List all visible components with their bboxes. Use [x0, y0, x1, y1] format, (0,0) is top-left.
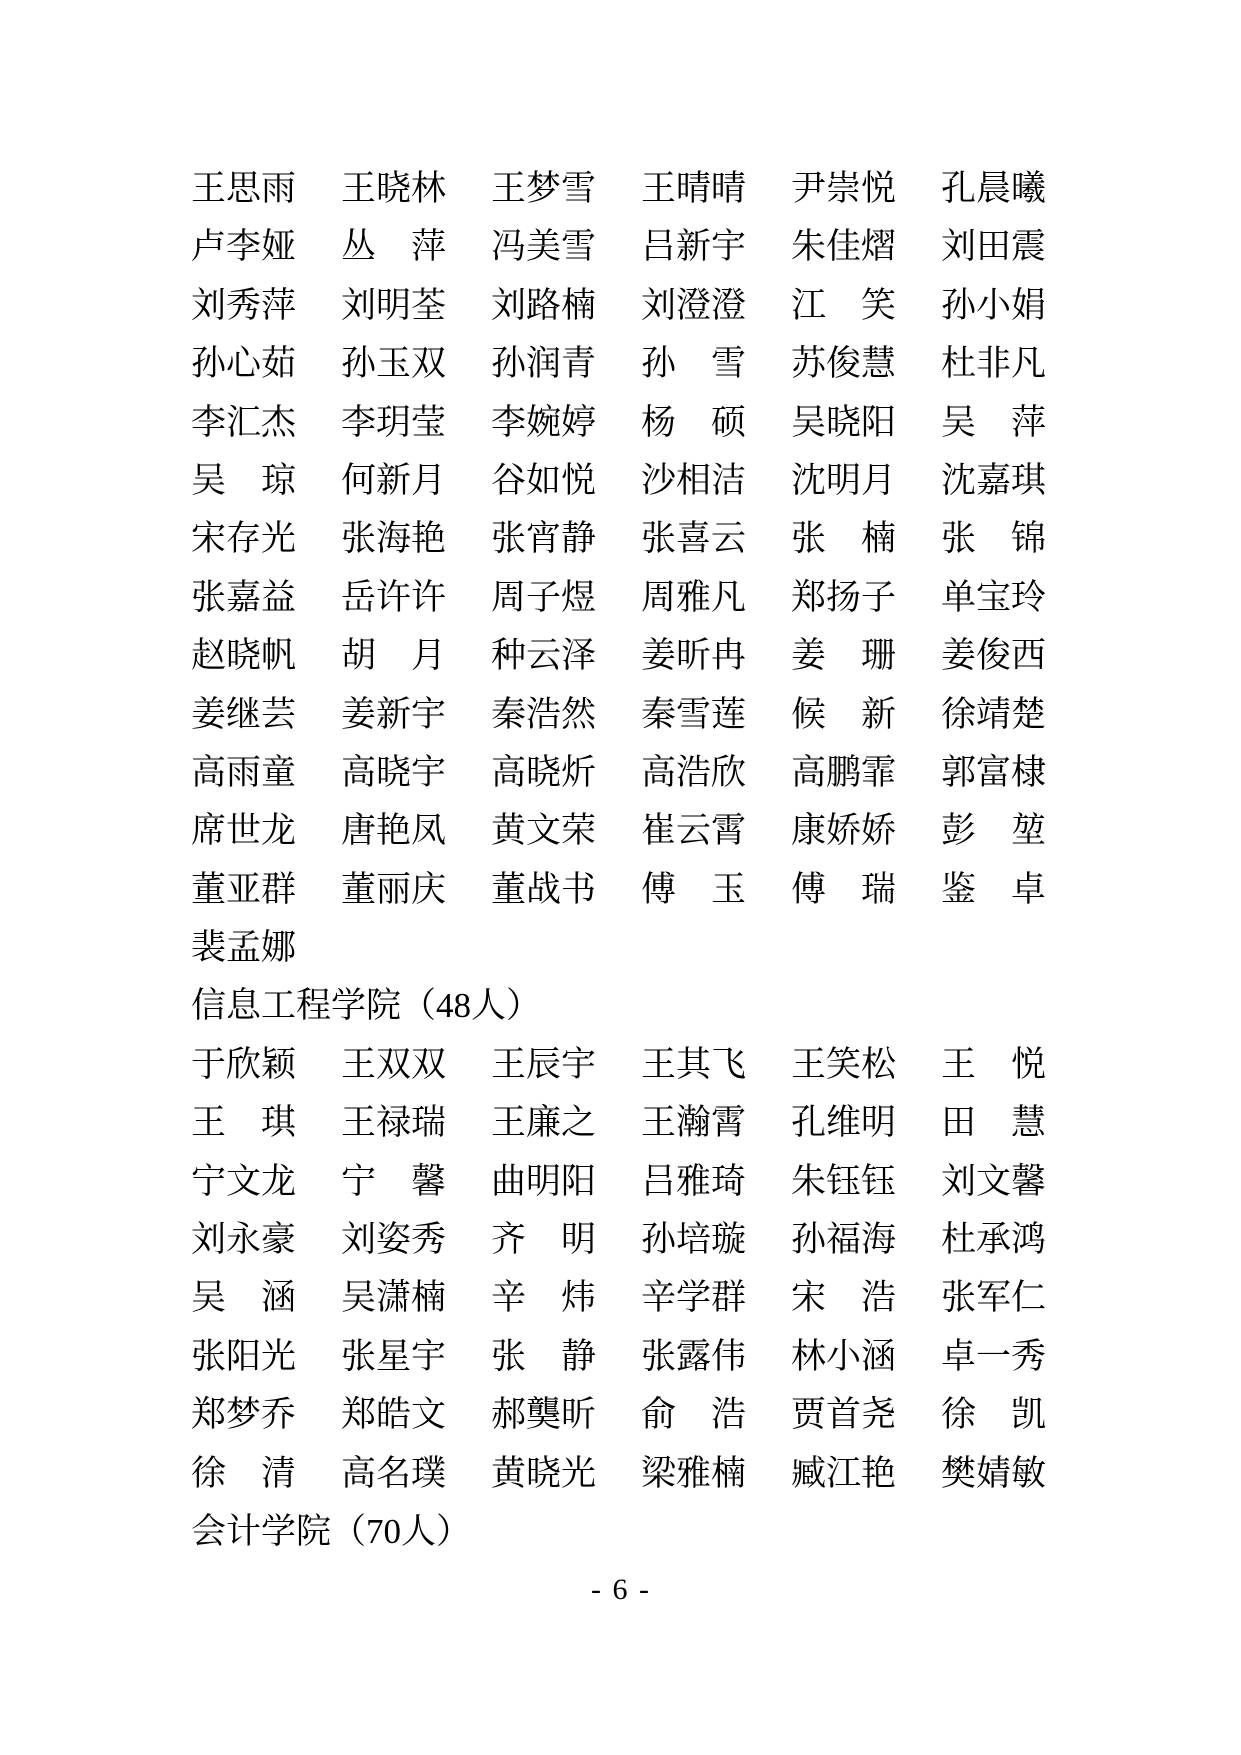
person-name: 张阳光 [191, 1328, 296, 1386]
person-name: 王双双 [341, 1036, 446, 1094]
person-name: 孙润青 [491, 335, 596, 393]
person-name: 刘田震 [941, 218, 1046, 276]
person-name: 郑皓文 [341, 1386, 446, 1444]
person-name: 尹崇悦 [791, 160, 896, 218]
name-list-section: 会计学院（70人） [191, 1503, 1051, 1561]
name-list-section: 王思雨王晓林王梦雪王晴晴尹崇悦孔晨曦卢李娅丛萍冯美雪吕新宇朱佳熠刘田震刘秀萍刘明… [191, 160, 1051, 977]
name-row: 姜继芸姜新宇秦浩然秦雪莲候新徐靖楚 [191, 686, 1051, 744]
section-heading: 信息工程学院（48人） [191, 977, 1051, 1035]
name-row: 刘永豪刘姿秀齐明孙培璇孙福海杜承鸿 [191, 1211, 1051, 1269]
person-name: 黄晓光 [491, 1445, 596, 1503]
name-row: 王琪王禄瑞王廉之王瀚霄孔维明田慧 [191, 1094, 1051, 1152]
person-name: 徐靖楚 [941, 686, 1046, 744]
name-row: 郑梦乔郑皓文郝龑昕俞浩贾首尧徐凯 [191, 1386, 1051, 1444]
name-row: 高雨童高晓宇高晓炘高浩欣高鹏霏郭富棣 [191, 744, 1051, 802]
person-name: 赵晓帆 [191, 627, 296, 685]
person-name: 臧江艳 [791, 1445, 896, 1503]
person-name: 杜非凡 [941, 335, 1046, 393]
person-name: 王梦雪 [491, 160, 596, 218]
name-row: 孙心茹孙玉双孙润青孙雪苏俊慧杜非凡 [191, 335, 1051, 393]
person-name: 冯美雪 [491, 218, 596, 276]
person-name: 王晴晴 [641, 160, 746, 218]
person-name: 王思雨 [191, 160, 296, 218]
person-name: 王辰宇 [491, 1036, 596, 1094]
section-heading: 会计学院（70人） [191, 1503, 1051, 1561]
name-row: 李汇杰李玥莹李婉婷杨硕吴晓阳吴萍 [191, 394, 1051, 452]
name-row: 王思雨王晓林王梦雪王晴晴尹崇悦孔晨曦 [191, 160, 1051, 218]
name-row: 张嘉益岳许许周子煜周雅凡郑扬子单宝玲 [191, 569, 1051, 627]
person-name: 齐明 [491, 1211, 596, 1269]
person-name: 王其飞 [641, 1036, 746, 1094]
person-name: 李婉婷 [491, 394, 596, 452]
person-name: 郑扬子 [791, 569, 896, 627]
person-name: 辛炜 [491, 1269, 596, 1327]
person-name: 郑梦乔 [191, 1386, 296, 1444]
person-name: 候新 [791, 686, 896, 744]
person-name: 谷如悦 [491, 452, 596, 510]
name-row: 宋存光张海艳张宵静张喜云张楠张锦 [191, 510, 1051, 568]
person-name: 裴孟娜 [191, 919, 296, 977]
name-row: 吴琼何新月谷如悦沙相洁沈明月沈嘉琪 [191, 452, 1051, 510]
person-name: 姜俊西 [941, 627, 1046, 685]
person-name: 高名璞 [341, 1445, 446, 1503]
person-name: 唐艳凤 [341, 802, 446, 860]
person-name: 孔维明 [791, 1094, 896, 1152]
person-name: 董丽庆 [341, 861, 446, 919]
person-name: 辛学群 [641, 1269, 746, 1327]
person-name: 吴萍 [941, 394, 1046, 452]
person-name: 李汇杰 [191, 394, 296, 452]
person-name: 丛萍 [341, 218, 446, 276]
person-name: 王笑松 [791, 1036, 896, 1094]
person-name: 郭富棣 [941, 744, 1046, 802]
name-row: 张阳光张星宇张静张露伟林小涵卓一秀 [191, 1328, 1051, 1386]
person-name: 杜承鸿 [941, 1211, 1046, 1269]
person-name: 王禄瑞 [341, 1094, 446, 1152]
person-name: 鉴卓 [941, 861, 1046, 919]
person-name: 刘路楠 [491, 277, 596, 335]
person-name: 吴琼 [191, 452, 296, 510]
person-name: 刘文馨 [941, 1153, 1046, 1211]
name-row: 于欣颖王双双王辰宇王其飞王笑松王悦 [191, 1036, 1051, 1094]
name-row: 徐清高名璞黄晓光梁雅楠臧江艳樊婧敏 [191, 1445, 1051, 1503]
name-row: 刘秀萍刘明荃刘路楠刘澄澄江笑孙小娟 [191, 277, 1051, 335]
person-name: 郝龑昕 [491, 1386, 596, 1444]
person-name: 孙心茹 [191, 335, 296, 393]
person-name: 吴潇楠 [341, 1269, 446, 1327]
person-name: 孙培璇 [641, 1211, 746, 1269]
person-name: 高晓宇 [341, 744, 446, 802]
person-name: 吕新宇 [641, 218, 746, 276]
person-name: 王廉之 [491, 1094, 596, 1152]
person-name: 梁雅楠 [641, 1445, 746, 1503]
person-name: 王琪 [191, 1094, 296, 1152]
name-row: 席世龙唐艳凤黄文荣崔云霄康娇娇彭堃 [191, 802, 1051, 860]
person-name: 卢李娅 [191, 218, 296, 276]
person-name: 樊婧敏 [941, 1445, 1046, 1503]
person-name: 张军仁 [941, 1269, 1046, 1327]
person-name: 沙相洁 [641, 452, 746, 510]
person-name: 张宵静 [491, 510, 596, 568]
person-name: 张楠 [791, 510, 896, 568]
person-name: 张锦 [941, 510, 1046, 568]
person-name: 姜昕冉 [641, 627, 746, 685]
person-name: 张海艳 [341, 510, 446, 568]
person-name: 刘澄澄 [641, 277, 746, 335]
person-name: 卓一秀 [941, 1328, 1046, 1386]
person-name: 康娇娇 [791, 802, 896, 860]
person-name: 傅瑞 [791, 861, 896, 919]
person-name: 沈嘉琪 [941, 452, 1046, 510]
person-name: 周雅凡 [641, 569, 746, 627]
person-name: 张露伟 [641, 1328, 746, 1386]
name-row: 卢李娅丛萍冯美雪吕新宇朱佳熠刘田震 [191, 218, 1051, 276]
person-name: 王瀚霄 [641, 1094, 746, 1152]
person-name: 吴晓阳 [791, 394, 896, 452]
person-name: 高晓炘 [491, 744, 596, 802]
person-name: 姜继芸 [191, 686, 296, 744]
person-name: 李玥莹 [341, 394, 446, 452]
person-name: 宁文龙 [191, 1153, 296, 1211]
person-name: 姜新宇 [341, 686, 446, 744]
person-name: 周子煜 [491, 569, 596, 627]
person-name: 刘明荃 [341, 277, 446, 335]
person-name: 宋存光 [191, 510, 296, 568]
person-name: 吴涵 [191, 1269, 296, 1327]
name-row: 宁文龙宁馨曲明阳吕雅琦朱钰钰刘文馨 [191, 1153, 1051, 1211]
person-name: 董战书 [491, 861, 596, 919]
person-name: 刘秀萍 [191, 277, 296, 335]
person-name: 徐凯 [941, 1386, 1046, 1444]
name-list: 王思雨王晓林王梦雪王晴晴尹崇悦孔晨曦卢李娅丛萍冯美雪吕新宇朱佳熠刘田震刘秀萍刘明… [191, 160, 1051, 1620]
name-row: 董亚群董丽庆董战书傅玉傅瑞鉴卓 [191, 861, 1051, 919]
name-row: 赵晓帆胡月种云泽姜昕冉姜珊姜俊西 [191, 627, 1051, 685]
person-name: 孙玉双 [341, 335, 446, 393]
name-row: 裴孟娜 [191, 919, 1051, 977]
person-name: 单宝玲 [941, 569, 1046, 627]
person-name: 傅玉 [641, 861, 746, 919]
person-name: 朱佳熠 [791, 218, 896, 276]
person-name: 曲明阳 [491, 1153, 596, 1211]
person-name: 王晓林 [341, 160, 446, 218]
person-name: 徐清 [191, 1445, 296, 1503]
person-name: 岳许许 [341, 569, 446, 627]
person-name: 黄文荣 [491, 802, 596, 860]
person-name: 苏俊慧 [791, 335, 896, 393]
person-name: 孔晨曦 [941, 160, 1046, 218]
person-name: 高浩欣 [641, 744, 746, 802]
person-name: 贾首尧 [791, 1386, 896, 1444]
person-name: 秦雪莲 [641, 686, 746, 744]
person-name: 沈明月 [791, 452, 896, 510]
person-name: 孙小娟 [941, 277, 1046, 335]
person-name: 刘永豪 [191, 1211, 296, 1269]
person-name: 于欣颖 [191, 1036, 296, 1094]
person-name: 高雨童 [191, 744, 296, 802]
person-name: 席世龙 [191, 802, 296, 860]
person-name: 孙雪 [641, 335, 746, 393]
person-name: 刘姿秀 [341, 1211, 446, 1269]
person-name: 高鹏霏 [791, 744, 896, 802]
person-name: 姜珊 [791, 627, 896, 685]
person-name: 江笑 [791, 277, 896, 335]
person-name: 崔云霄 [641, 802, 746, 860]
document-page: 王思雨王晓林王梦雪王晴晴尹崇悦孔晨曦卢李娅丛萍冯美雪吕新宇朱佳熠刘田震刘秀萍刘明… [0, 0, 1241, 1755]
person-name: 杨硕 [641, 394, 746, 452]
page-number: - 6 - [191, 1561, 1051, 1619]
person-name: 彭堃 [941, 802, 1046, 860]
person-name: 种云泽 [491, 627, 596, 685]
person-name: 张星宇 [341, 1328, 446, 1386]
person-name: 张静 [491, 1328, 596, 1386]
person-name: 宁馨 [341, 1153, 446, 1211]
person-name: 张嘉益 [191, 569, 296, 627]
person-name: 何新月 [341, 452, 446, 510]
person-name: 朱钰钰 [791, 1153, 896, 1211]
person-name: 林小涵 [791, 1328, 896, 1386]
person-name: 秦浩然 [491, 686, 596, 744]
name-list-section: 信息工程学院（48人）于欣颖王双双王辰宇王其飞王笑松王悦王琪王禄瑞王廉之王瀚霄孔… [191, 977, 1051, 1503]
person-name: 胡月 [341, 627, 446, 685]
person-name: 俞浩 [641, 1386, 746, 1444]
name-row: 吴涵吴潇楠辛炜辛学群宋浩张军仁 [191, 1269, 1051, 1327]
person-name: 吕雅琦 [641, 1153, 746, 1211]
person-name: 田慧 [941, 1094, 1046, 1152]
person-name: 宋浩 [791, 1269, 896, 1327]
person-name: 董亚群 [191, 861, 296, 919]
person-name: 张喜云 [641, 510, 746, 568]
person-name: 孙福海 [791, 1211, 896, 1269]
person-name: 王悦 [941, 1036, 1046, 1094]
